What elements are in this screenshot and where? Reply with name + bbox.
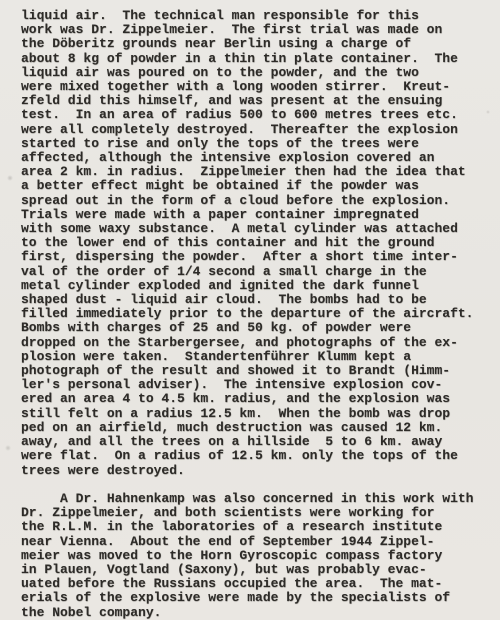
text-line: started to rise and only the tops of the… — [21, 137, 484, 151]
text-line: trees were destroyed. — [21, 464, 484, 478]
text-line: ler's personal adviser). The intensive e… — [21, 378, 484, 392]
text-line: first, dispersing the powder. After a sh… — [21, 250, 484, 264]
paragraph-1: liquid air. The technical man responsibl… — [21, 9, 484, 478]
text-line: metal cylinder exploded and ignited the … — [21, 279, 484, 293]
document-page: liquid air. The technical man responsibl… — [0, 0, 500, 620]
text-line: to the lower end of this container and h… — [21, 236, 484, 250]
text-line: the R.L.M. in the laboratories of a rese… — [21, 520, 484, 534]
text-line: with some waxy substance. A metal cylind… — [21, 222, 484, 236]
text-line: area 2 km. in radius. Zippelmeier then h… — [21, 165, 484, 179]
paragraph-2: A Dr. Hahnenkamp was also concerned in t… — [21, 492, 484, 620]
text-line: zfeld did this himself, and was present … — [21, 94, 484, 108]
text-line: erials of the explosive were made by the… — [21, 591, 484, 605]
text-line: test. In an area of radius 500 to 600 me… — [21, 108, 484, 122]
text-line: were all completely destroyed. Thereafte… — [21, 123, 484, 137]
text-line: affected, although the intensive explosi… — [21, 151, 484, 165]
text-line: plosion were taken. Standertenführer Klu… — [21, 350, 484, 364]
text-line: the Nobel company. — [21, 606, 484, 620]
text-line: ped on an airfield, much destruction was… — [21, 421, 484, 435]
text-line: meier was moved to the Horn Gyroscopic c… — [21, 549, 484, 563]
text-line: Bombs with charges of 25 and 50 kg. of p… — [21, 321, 484, 335]
text-line: Dr. Zippelmeier, and both scientists wer… — [21, 506, 484, 520]
text-line: dropped on the Starbergersee, and photog… — [21, 336, 484, 350]
text-line: were mixed together with a long wooden s… — [21, 80, 484, 94]
text-line: away, and all the trees on a hillside 5 … — [21, 435, 484, 449]
text-line: val of the order of 1/4 second a small c… — [21, 265, 484, 279]
text-line: liquid air. The technical man responsibl… — [21, 9, 484, 23]
text-line: ered an area 4 to 4.5 km. radius, and th… — [21, 392, 484, 406]
text-line: filled immediately prior to the departur… — [21, 307, 484, 321]
text-line: in Plauen, Vogtland (Saxony), but was pr… — [21, 563, 484, 577]
scanned-document: { "page": { "background_color": "#e9e7e2… — [0, 0, 500, 620]
text-line: A Dr. Hahnenkamp was also concerned in t… — [21, 492, 484, 506]
text-line: shaped dust - liquid air cloud. The bomb… — [21, 293, 484, 307]
text-line: work was Dr. Zippelmeier. The first tria… — [21, 23, 484, 37]
text-line: a better effect might be obtained if the… — [21, 179, 484, 193]
text-line: about 8 kg of powder in a thin tin plate… — [21, 52, 484, 66]
text-line: still felt on a radius 12.5 km. When the… — [21, 407, 484, 421]
text-line: liquid air was poured on to the powder, … — [21, 66, 484, 80]
text-line: spread out in the form of a cloud before… — [21, 194, 484, 208]
text-line: were flat. On a radius of 12.5 km. only … — [21, 449, 484, 463]
text-line: photograph of the result and showed it t… — [21, 364, 484, 378]
text-line: Trials were made with a paper container … — [21, 208, 484, 222]
text-line: near Vienna. About the end of September … — [21, 535, 484, 549]
text-line: the Döberitz grounds near Berlin using a… — [21, 37, 484, 51]
text-line: uated before the Russians occupied the a… — [21, 577, 484, 591]
